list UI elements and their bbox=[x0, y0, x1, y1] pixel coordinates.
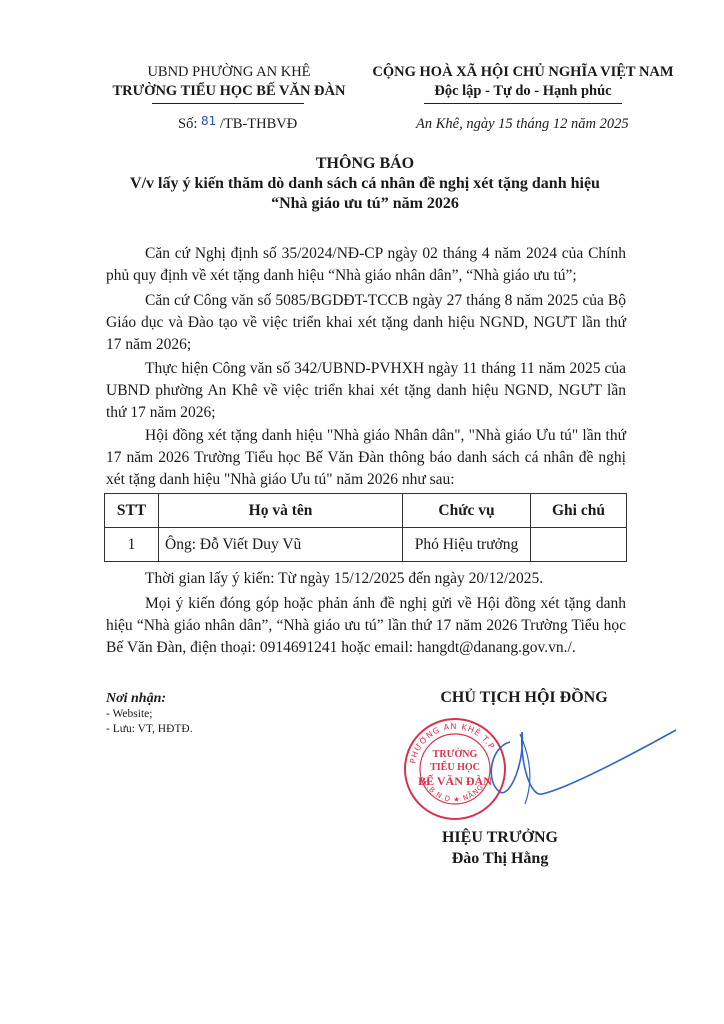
signatory-name: Đào Thị Hằng bbox=[420, 848, 580, 869]
recipient-item: - Website; bbox=[106, 707, 193, 722]
doc-number-prefix: Số: bbox=[178, 116, 197, 132]
signature-icon bbox=[480, 722, 680, 812]
col-header-name: Họ và tên bbox=[159, 494, 403, 528]
header-left-underline bbox=[152, 103, 304, 104]
cell-name: Ông: Đỗ Viết Duy Vũ bbox=[159, 528, 403, 562]
comment-period: Thời gian lấy ý kiến: Từ ngày 15/12/2025… bbox=[106, 568, 626, 590]
table-row: 1 Ông: Đỗ Viết Duy Vũ Phó Hiệu trưởng bbox=[105, 528, 627, 562]
document-number: Số: 81 /TB-THBVĐ bbox=[178, 115, 297, 134]
subject-line-2: “Nhà giáo ưu tú” năm 2026 bbox=[60, 194, 670, 214]
paragraph-4: Hội đồng xét tặng danh hiệu "Nhà giáo Nh… bbox=[106, 425, 626, 491]
svg-text:TIỂU HỌC: TIỂU HỌC bbox=[430, 760, 480, 773]
col-header-stt: STT bbox=[105, 494, 159, 528]
cell-stt: 1 bbox=[105, 528, 159, 562]
place-date: An Khê, ngày 15 tháng 12 năm 2025 bbox=[416, 115, 629, 134]
agency-name: UBND PHƯỜNG AN KHÊ bbox=[104, 63, 354, 82]
recipients-block: Nơi nhận: - Website; - Lưu: VT, HĐTĐ. bbox=[106, 690, 193, 737]
paragraph-1: Căn cứ Nghị định số 35/2024/NĐ-CP ngày 0… bbox=[106, 243, 626, 287]
svg-text:TRƯỜNG: TRƯỜNG bbox=[433, 748, 478, 760]
signature-role: CHỦ TỊCH HỘI ĐỒNG bbox=[404, 689, 644, 707]
school-name: TRƯỜNG TIỂU HỌC BẾ VĂN ĐÀN bbox=[104, 82, 354, 101]
paragraph-2: Căn cứ Công văn số 5085/BGDĐT-TCCB ngày … bbox=[106, 290, 626, 356]
handwritten-number: 81 bbox=[201, 114, 216, 128]
contact-paragraph: Mọi ý kiến đóng góp hoặc phản ánh đề ngh… bbox=[106, 593, 626, 659]
recipients-title: Nơi nhận: bbox=[106, 690, 193, 707]
document-title-block: THÔNG BÁO V/v lấy ý kiến thăm dò danh sá… bbox=[60, 154, 670, 214]
subject-line-2-text: “Nhà giáo ưu tú” năm 2026 bbox=[271, 195, 459, 212]
doc-number-suffix: /TB-THBVĐ bbox=[220, 116, 297, 132]
cell-position: Phó Hiệu trưởng bbox=[403, 528, 531, 562]
paragraph-3: Thực hiện Công văn số 342/UBND-PVHXH ngà… bbox=[106, 358, 626, 424]
nominee-table: STT Họ và tên Chức vụ Ghi chú 1 Ông: Đỗ … bbox=[104, 493, 627, 562]
col-header-note: Ghi chú bbox=[531, 494, 627, 528]
cell-note bbox=[531, 528, 627, 562]
col-header-position: Chức vụ bbox=[403, 494, 531, 528]
header-right-underline bbox=[424, 103, 622, 104]
signatory-position: HIỆU TRƯỞNG bbox=[420, 827, 580, 848]
signatory-block: HIỆU TRƯỞNG Đào Thị Hằng bbox=[420, 827, 580, 869]
national-motto: Độc lập - Tự do - Hạnh phúc bbox=[358, 82, 688, 101]
document-title: THÔNG BÁO bbox=[60, 154, 670, 174]
national-title: CỘNG HOÀ XÃ HỘI CHỦ NGHĨA VIỆT NAM bbox=[358, 63, 688, 82]
header-left: UBND PHƯỜNG AN KHÊ TRƯỜNG TIỂU HỌC BẾ VĂ… bbox=[104, 63, 354, 101]
table-header-row: STT Họ và tên Chức vụ Ghi chú bbox=[105, 494, 627, 528]
header-right: CỘNG HOÀ XÃ HỘI CHỦ NGHĨA VIỆT NAM Độc l… bbox=[358, 63, 688, 101]
subject-line-1: V/v lấy ý kiến thăm dò danh sách cá nhân… bbox=[60, 174, 670, 194]
recipient-item: - Lưu: VT, HĐTĐ. bbox=[106, 722, 193, 737]
